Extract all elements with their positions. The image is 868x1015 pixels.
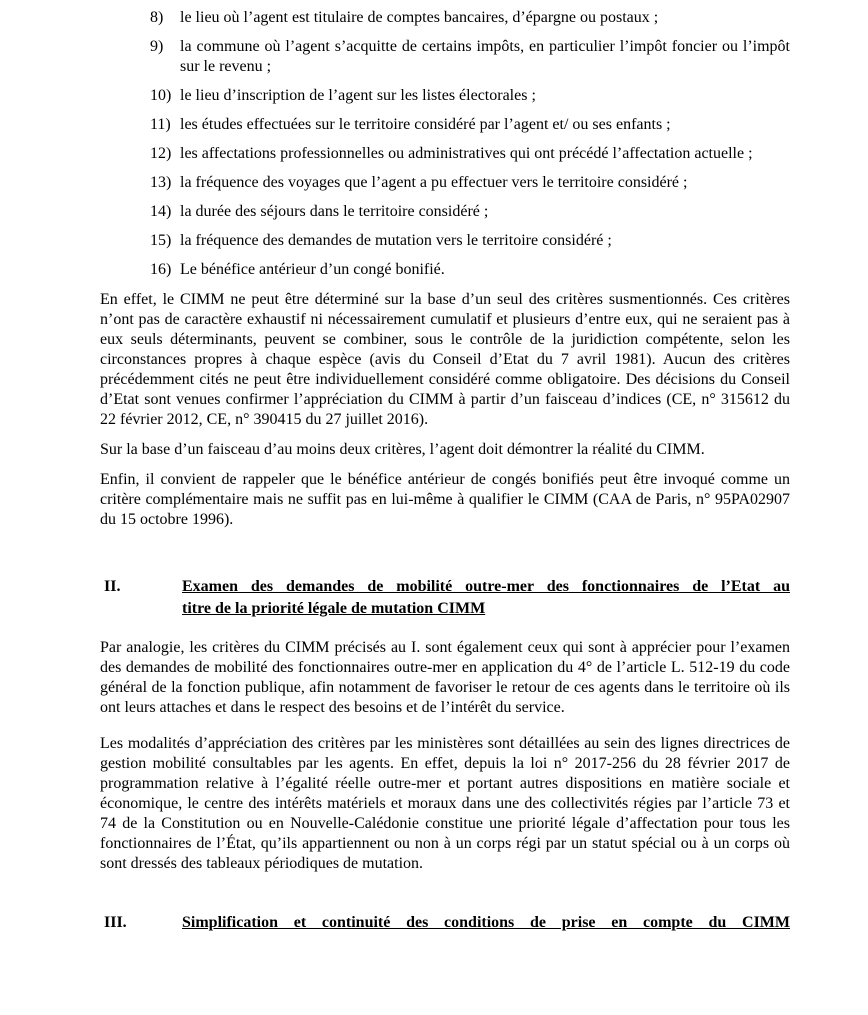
list-item-number: 11) (150, 115, 180, 135)
document-page: 8) le lieu où l’agent est titulaire de c… (0, 0, 868, 1015)
list-item-number: 10) (150, 86, 180, 106)
section-ii-title-line1: Examen des demandes de mobilité outre-me… (182, 576, 790, 598)
list-item-text: Le bénéfice antérieur d’un congé bonifié… (180, 261, 445, 278)
list-item-number: 9) (150, 37, 180, 57)
list-item-number: 13) (150, 173, 180, 193)
section-heading-ii: II. Examen des demandes de mobilité outr… (100, 576, 790, 620)
section-iii-title-line1: Simplification et continuité des conditi… (182, 912, 790, 934)
section-iii-number: III. (104, 912, 127, 934)
section-ii-number: II. (104, 576, 120, 598)
list-item-text: la commune où l’agent s’acquitte de cert… (180, 38, 790, 75)
list-item: 9) la commune où l’agent s’acquitte de c… (100, 37, 790, 77)
paragraph-criteria-combination: En effet, le CIMM ne peut être déterminé… (100, 290, 790, 430)
list-item-text: les affectations professionnelles ou adm… (180, 145, 753, 162)
list-item: 14) la durée des séjours dans le territo… (100, 202, 790, 222)
paragraph-conges-bonifies: Enfin, il convient de rappeler que le bé… (100, 470, 790, 530)
list-item-text: la fréquence des voyages que l’agent a p… (180, 174, 687, 191)
list-item: 10) le lieu d’inscription de l’agent sur… (100, 86, 790, 106)
list-item-text: les études effectuées sur le territoire … (180, 116, 671, 133)
paragraph-modalites-appreciation: Les modalités d’appréciation des critère… (100, 734, 790, 874)
list-item-text: la durée des séjours dans le territoire … (180, 203, 488, 220)
list-item-number: 8) (150, 8, 180, 28)
list-item: 8) le lieu où l’agent est titulaire de c… (100, 8, 790, 28)
section-ii-title-line2: titre de la priorité légale de mutation … (182, 598, 790, 620)
list-item: 11) les études effectuées sur le territo… (100, 115, 790, 135)
section-heading-iii: III. Simplification et continuité des co… (100, 912, 790, 934)
list-item: 16) Le bénéfice antérieur d’un congé bon… (100, 260, 790, 280)
section-iii-title: Simplification et continuité des conditi… (182, 912, 790, 934)
list-item-text: la fréquence des demandes de mutation ve… (180, 232, 612, 249)
list-item-number: 14) (150, 202, 180, 222)
paragraph-two-criteria: Sur la base d’un faisceau d’au moins deu… (100, 440, 790, 460)
list-item-number: 16) (150, 260, 180, 280)
list-item-number: 12) (150, 144, 180, 164)
list-item-text: le lieu d’inscription de l’agent sur les… (180, 87, 536, 104)
list-item: 13) la fréquence des voyages que l’agent… (100, 173, 790, 193)
list-item-text: le lieu où l’agent est titulaire de comp… (180, 9, 658, 26)
list-item-number: 15) (150, 231, 180, 251)
cimm-criteria-list: 8) le lieu où l’agent est titulaire de c… (100, 8, 790, 280)
list-item: 12) les affectations professionnelles ou… (100, 144, 790, 164)
section-ii-title: Examen des demandes de mobilité outre-me… (182, 576, 790, 620)
list-item: 15) la fréquence des demandes de mutatio… (100, 231, 790, 251)
paragraph-analogie-mobilite: Par analogie, les critères du CIMM préci… (100, 638, 790, 718)
